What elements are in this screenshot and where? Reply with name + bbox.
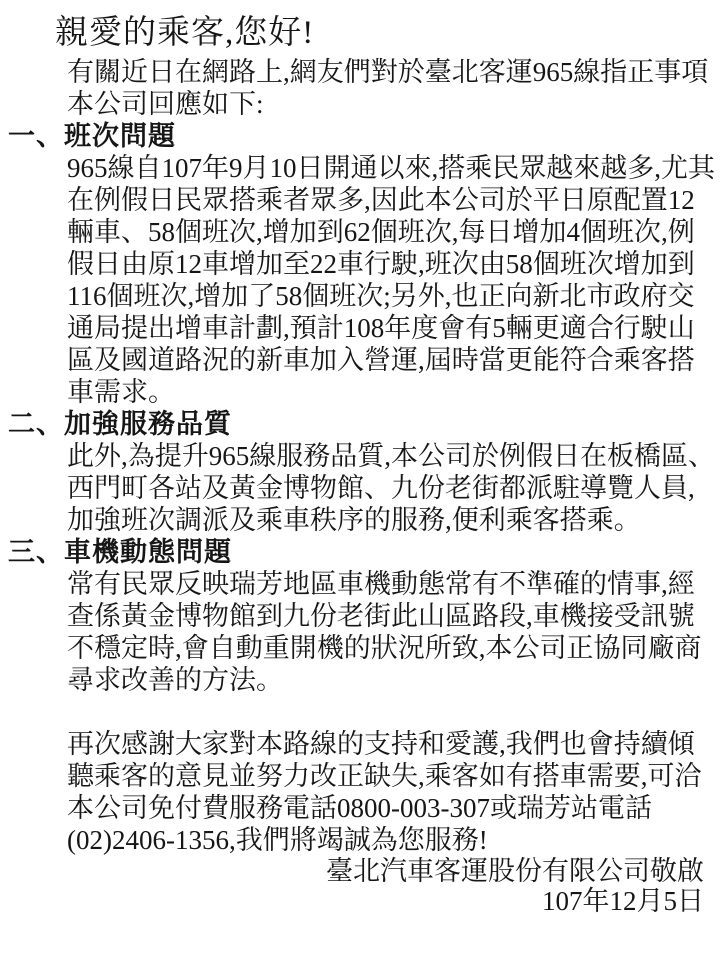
section-heading-3: 三、車機動態問題	[8, 536, 720, 568]
section-body-1: 965線自107年9月10日開通以來,搭乘民眾越來越多,尤其在例假日民眾搭乘者眾…	[67, 152, 717, 408]
company-signoff: 臺北汽車客運股份有限公司敬啟	[0, 856, 704, 886]
section-heading-2: 二、加強服務品質	[8, 408, 720, 440]
section-vehicle-tracking: 三、車機動態問題 常有民眾反映瑞芳地區車機動態常有不準確的情事,經查係黃金博物館…	[0, 536, 720, 696]
notice-date: 107年12月5日	[0, 886, 704, 916]
page-title: 親愛的乘客,您好!	[55, 10, 720, 56]
section-schedule: 一、班次問題 965線自107年9月10日開通以來,搭乘民眾越來越多,尤其在例假…	[0, 120, 720, 408]
section-body-2: 此外,為提升965線服務品質,本公司於例假日在板橋區、西門町各站及黃金博物館、九…	[67, 440, 717, 536]
signature-block: 臺北汽車客運股份有限公司敬啟 107年12月5日	[0, 856, 720, 916]
closing-paragraph: 再次感謝大家對本路線的支持和愛護,我們也會持續傾聽乘客的意見並努力改正缺失,乘客…	[67, 728, 717, 856]
section-service-quality: 二、加強服務品質 此外,為提升965線服務品質,本公司於例假日在板橋區、西門町各…	[0, 408, 720, 536]
section-heading-1: 一、班次問題	[8, 120, 720, 152]
intro-paragraph: 有關近日在網路上,網友們對於臺北客運965線指正事項本公司回應如下:	[67, 56, 717, 120]
section-body-3: 常有民眾反映瑞芳地區車機動態常有不準確的情事,經查係黃金博物館到九份老街此山區路…	[67, 568, 717, 696]
notice-page: 親愛的乘客,您好! 有關近日在網路上,網友們對於臺北客運965線指正事項本公司回…	[0, 0, 720, 960]
